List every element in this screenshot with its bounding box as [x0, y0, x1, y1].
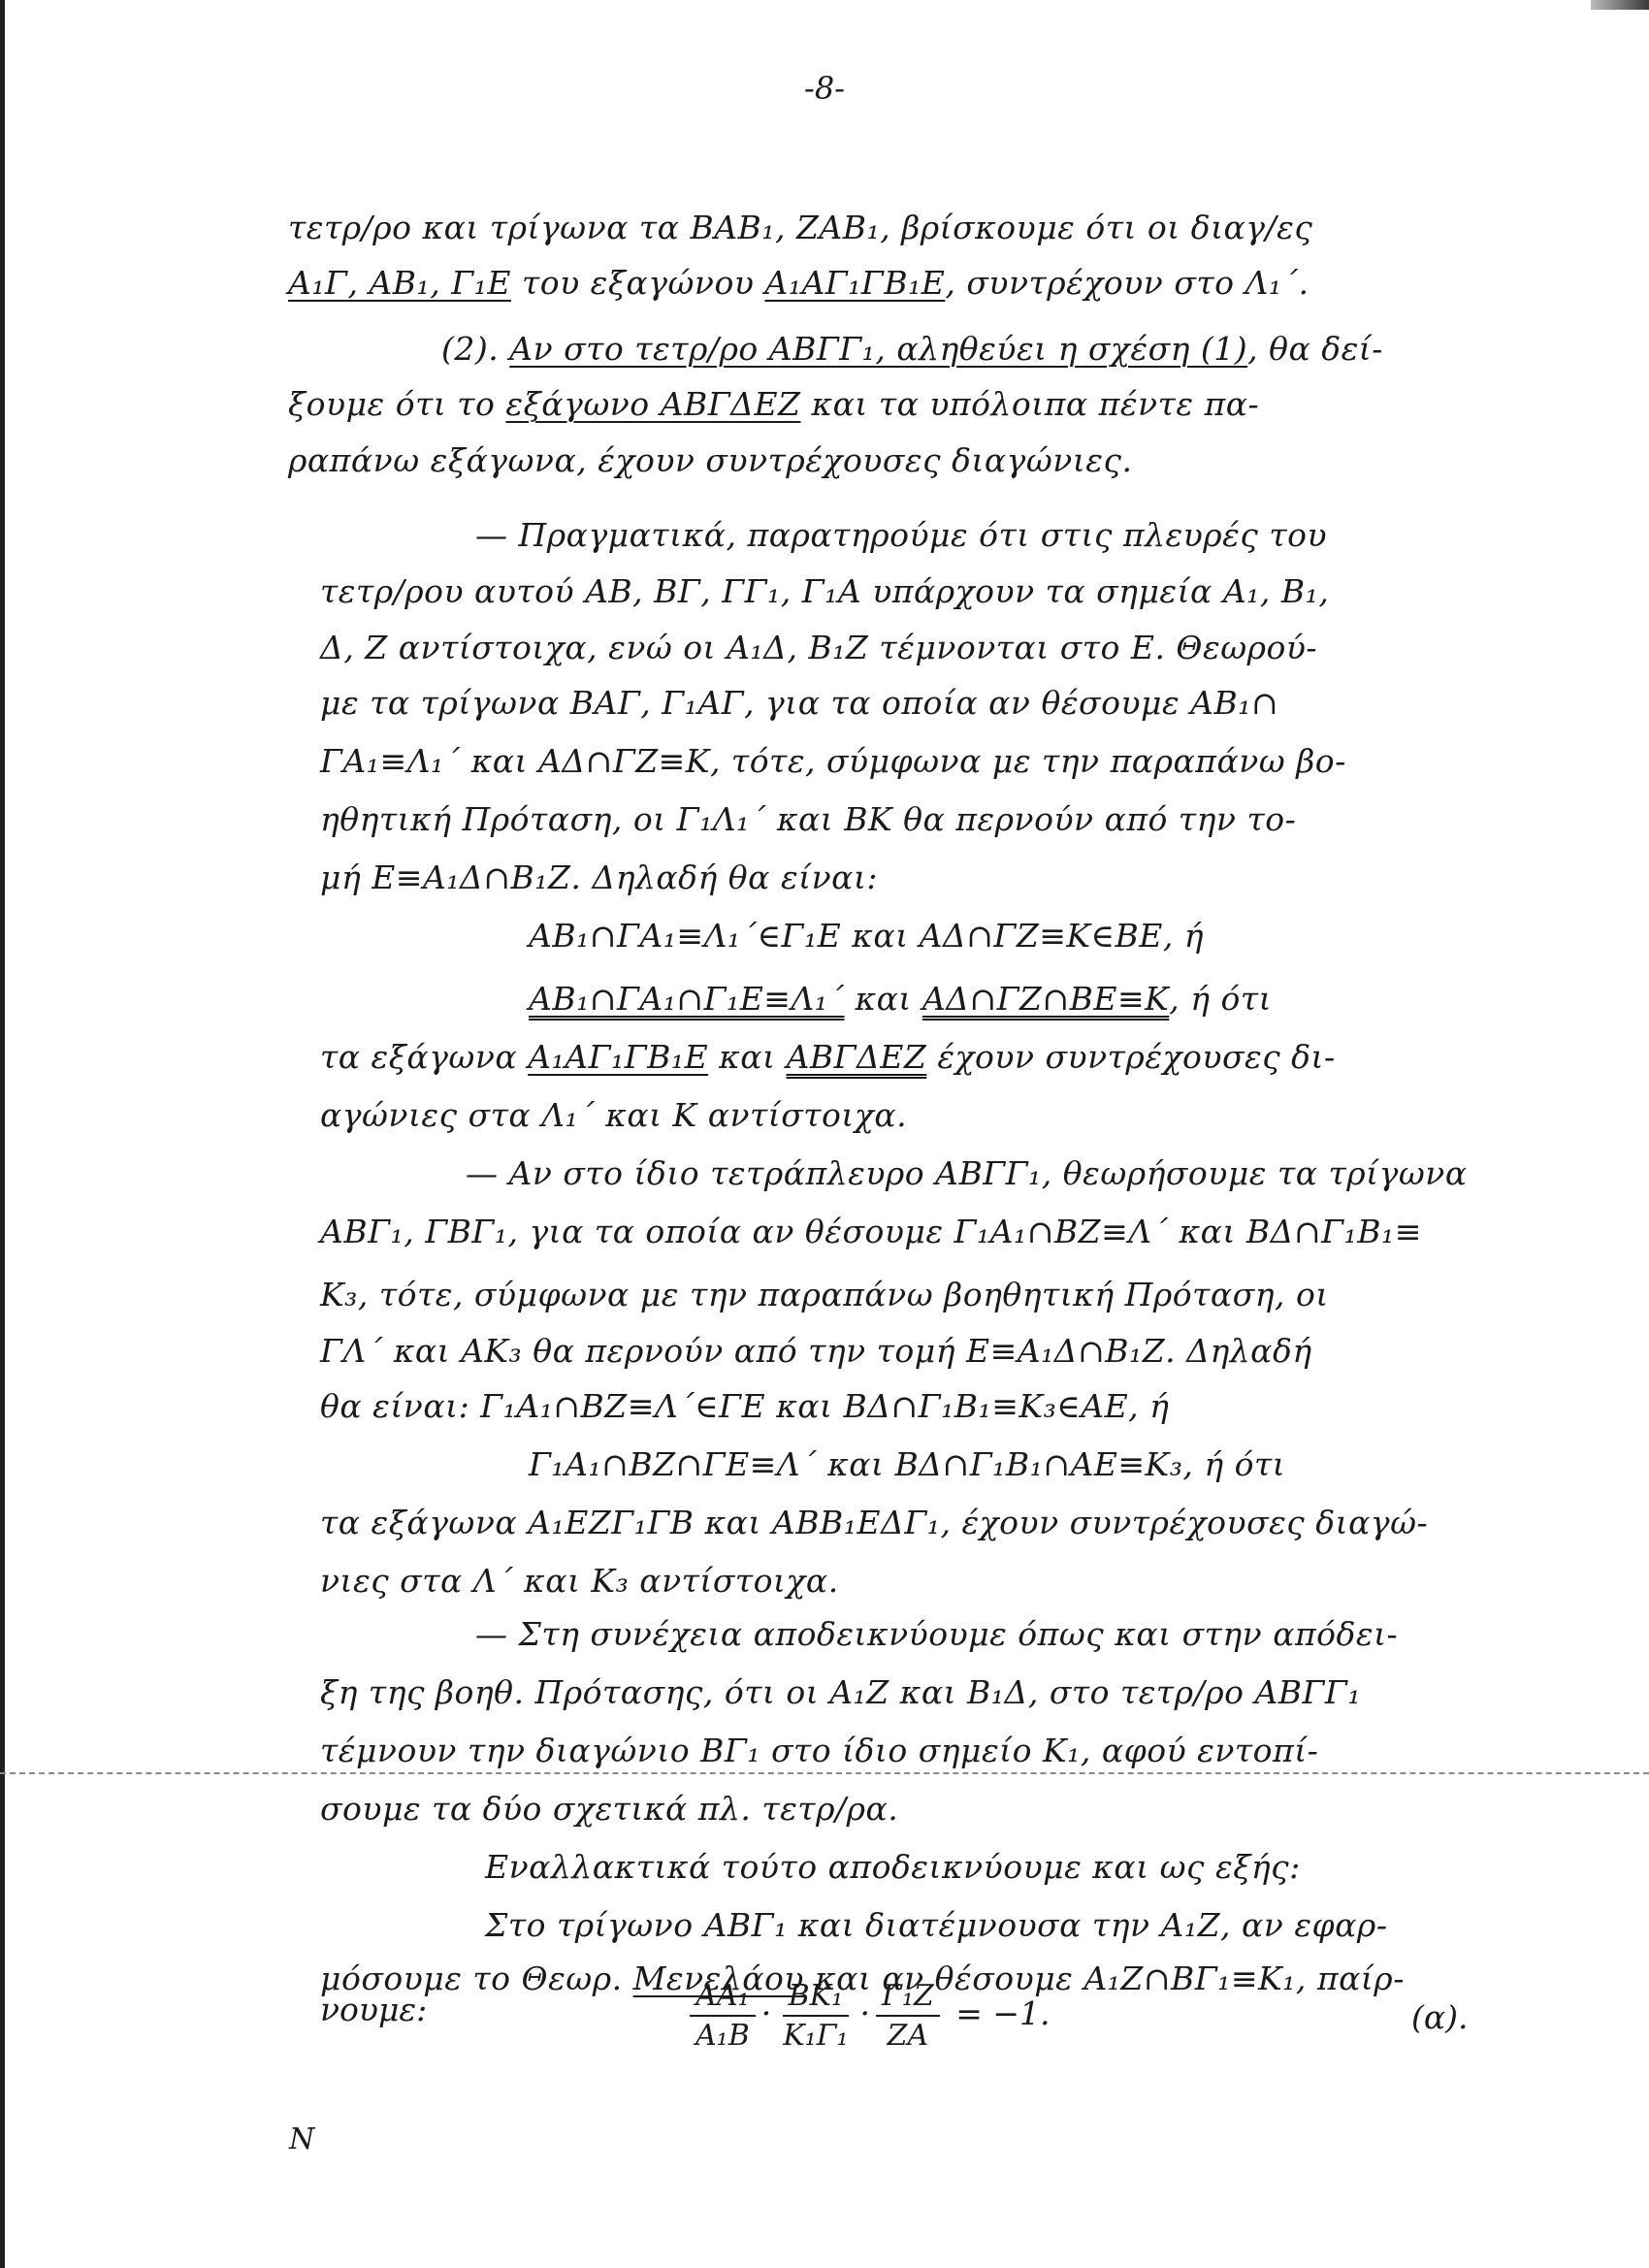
text-segment: — Πραγματικά, παρατηρούμε ότι στις πλευρ… — [475, 516, 1327, 554]
text-line: Δ, Ζ αντίστοιχα, ενώ οι Α₁Δ, Β₁Ζ τέμνοντ… — [320, 629, 1317, 666]
fraction-numerator: ΑΑ₁ — [690, 1979, 755, 2017]
scan-fold-line — [0, 1772, 1649, 1774]
menelaus-equation: ΑΑ₁ Α₁Β · ΒΚ₁ Κ₁Γ₁ · Γ₁Ζ ΖΑ = −1. — [684, 1979, 1051, 2053]
text-segment: τα εξάγωνα — [320, 1038, 528, 1076]
scan-top-smudge — [1591, 0, 1649, 10]
underlined-text: ΑΒ₁∩ΓΑ₁∩Γ₁Ε≡Λ₁΄ — [529, 980, 845, 1018]
text-segment: τα εξάγωνα Α₁ΕΖΓ₁ΓΒ και ΑΒΒ₁ΕΔΓ₁, έχουν … — [320, 1504, 1428, 1541]
text-line: τετρ/ρο και τρίγωνα τα ΒΑΒ₁, ΖΑΒ₁, βρίσκ… — [288, 209, 1312, 246]
text-line: ξη της βοηθ. Πρότασης, ότι οι Α₁Ζ και Β₁… — [320, 1673, 1361, 1711]
text-segment: θα είναι: Γ₁Α₁∩ΒΖ≡Λ΄∈ΓΕ και ΒΔ∩Γ₁Β₁≡Κ₃∈Α… — [320, 1387, 1169, 1425]
text-line: με τα τρίγωνα ΒΑΓ, Γ₁ΑΓ, για τα οποία αν… — [320, 684, 1278, 722]
text-line: σουμε τα δύο σχετικά πλ. τετρ/ρα. — [320, 1790, 898, 1828]
text-line: τετρ/ρου αυτού ΑΒ, ΒΓ, ΓΓ₁, Γ₁Α υπάρχουν… — [320, 572, 1329, 610]
equation-label: (α). — [1411, 1998, 1469, 2036]
text-line: ξουμε ότι το εξάγωνο ΑΒΓΔΕΖ και τα υπόλο… — [288, 385, 1259, 423]
underlined-text: Α₁Γ, ΑΒ₁, Γ₁Ε — [288, 264, 511, 302]
text-line: ΑΒ₁∩ΓΑ₁≡Λ₁΄∈Γ₁Ε και ΑΔ∩ΓΖ≡Κ∈ΒΕ, ή — [529, 917, 1204, 955]
text-segment: ΓΑ₁≡Λ₁΄ και ΑΔ∩ΓΖ≡Κ, τότε, σύμφωνα με τη… — [320, 742, 1346, 780]
underlined-text: Αν στο τετρ/ρο ΑΒΓΓ₁, αληθεύει η σχέση (… — [509, 330, 1247, 368]
text-segment: , συντρέχουν στο Λ₁΄. — [945, 264, 1309, 302]
text-segment: του εξαγώνου — [511, 264, 764, 302]
text-line: τα εξάγωνα Α₁ΑΓ₁ΓΒ₁Ε και ΑΒΓΔΕΖ έχουν συ… — [320, 1038, 1336, 1076]
text-line: αγώνιες στα Λ₁΄ και Κ αντίστοιχα. — [320, 1096, 907, 1134]
text-line: — Στη συνέχεια αποδεικνύουμε όπως και στ… — [475, 1615, 1398, 1653]
underlined-text: ΑΒΓΔΕΖ — [787, 1038, 927, 1076]
text-segment: έχουν συντρέχουσες δι- — [926, 1038, 1335, 1076]
text-segment: τέμνουν την διαγώνιο ΒΓ₁ στο ίδιο σημείο… — [320, 1732, 1318, 1769]
multiply-dot: · — [761, 1994, 772, 2032]
text-line: ΑΒ₁∩ΓΑ₁∩Γ₁Ε≡Λ₁΄ και ΑΔ∩ΓΖ∩ΒΕ≡Κ, ή ότι — [529, 980, 1272, 1018]
text-segment: ραπάνω εξάγωνα, έχουν συντρέχουσες διαγώ… — [288, 441, 1132, 479]
text-line: — Αν στο ίδιο τετράπλευρο ΑΒΓΓ₁, θεωρήσο… — [466, 1154, 1468, 1192]
text-line: ραπάνω εξάγωνα, έχουν συντρέχουσες διαγώ… — [288, 441, 1132, 479]
text-segment: Γ₁Α₁∩ΒΖ∩ΓΕ≡Λ΄ και ΒΔ∩Γ₁Β₁∩ΑΕ≡Κ₃, ή ότι — [529, 1445, 1285, 1483]
text-line: τα εξάγωνα Α₁ΕΖΓ₁ΓΒ και ΑΒΒ₁ΕΔΓ₁, έχουν … — [320, 1504, 1428, 1541]
text-segment: ηθητική Πρόταση, οι Γ₁Λ₁΄ και ΒΚ θα περν… — [320, 800, 1296, 838]
text-segment: Κ₃, τότε, σύμφωνα με την παραπάνω βοηθητ… — [320, 1276, 1329, 1313]
text-segment: — Στη συνέχεια αποδεικνύουμε όπως και στ… — [475, 1615, 1398, 1653]
text-segment: — Αν στο ίδιο τετράπλευρο ΑΒΓΓ₁, θεωρήσο… — [466, 1154, 1468, 1192]
text-line: θα είναι: Γ₁Α₁∩ΒΖ≡Λ΄∈ΓΕ και ΒΔ∩Γ₁Β₁≡Κ₃∈Α… — [320, 1387, 1169, 1425]
text-line: τέμνουν την διαγώνιο ΒΓ₁ στο ίδιο σημείο… — [320, 1732, 1318, 1769]
fraction-denominator: ΖΑ — [882, 2017, 935, 2053]
text-line: νιες στα Λ΄ και Κ₃ αντίστοιχα. — [320, 1562, 839, 1600]
fraction-denominator: Α₁Β — [690, 2017, 756, 2053]
underlined-text: ΑΔ∩ΓΖ∩ΒΕ≡Κ — [922, 980, 1169, 1018]
text-segment: , θα δεί- — [1247, 330, 1383, 368]
text-segment: ΑΒ₁∩ΓΑ₁≡Λ₁΄∈Γ₁Ε και ΑΔ∩ΓΖ≡Κ∈ΒΕ, ή — [529, 917, 1204, 955]
text-segment: νιες στα Λ΄ και Κ₃ αντίστοιχα. — [320, 1562, 839, 1600]
text-line: ΑΒΓ₁, ΓΒΓ₁, για τα οποία αν θέσουμε Γ₁Α₁… — [320, 1213, 1422, 1250]
text-segment: και τα υπόλοιπα πέντε πα- — [800, 385, 1259, 423]
text-segment: μή Ε≡Α₁Δ∩Β₁Ζ. Δηλαδή θα είναι: — [320, 859, 878, 896]
text-line: ΓΛ΄ και ΑΚ₃ θα περνούν από την τομή Ε≡Α₁… — [320, 1332, 1312, 1370]
fraction-2: ΒΚ₁ Κ₁Γ₁ — [777, 1979, 854, 2053]
multiply-dot: · — [860, 1994, 871, 2032]
text-line: Εναλλακτικά τούτο αποδεικνύουμε και ως ε… — [485, 1848, 1301, 1886]
text-line: μή Ε≡Α₁Δ∩Β₁Ζ. Δηλαδή θα είναι: — [320, 859, 878, 896]
text-segment: τετρ/ρο και τρίγωνα τα ΒΑΒ₁, ΖΑΒ₁, βρίσκ… — [288, 209, 1312, 246]
text-segment: σουμε τα δύο σχετικά πλ. τετρ/ρα. — [320, 1790, 898, 1828]
text-line: (2). Αν στο τετρ/ρο ΑΒΓΓ₁, αληθεύει η σχ… — [441, 330, 1383, 368]
scan-left-edge — [0, 0, 5, 2268]
text-segment: τετρ/ρου αυτού ΑΒ, ΒΓ, ΓΓ₁, Γ₁Α υπάρχουν… — [320, 572, 1329, 610]
equation-lead: νουμε: — [320, 1991, 427, 2028]
text-line: ΓΑ₁≡Λ₁΄ και ΑΔ∩ΓΖ≡Κ, τότε, σύμφωνα με τη… — [320, 742, 1346, 780]
equation-result: = −1. — [955, 1994, 1050, 2032]
text-segment: Εναλλακτικά τούτο αποδεικνύουμε και ως ε… — [485, 1848, 1301, 1886]
text-line: Στο τρίγωνο ΑΒΓ₁ και διατέμνουσα την Α₁Ζ… — [485, 1906, 1387, 1944]
text-segment: (2). — [441, 330, 509, 368]
text-segment: και — [845, 980, 922, 1018]
margin-mark: Ν — [289, 2122, 314, 2156]
text-segment: ξουμε ότι το — [288, 385, 505, 423]
text-segment: με τα τρίγωνα ΒΑΓ, Γ₁ΑΓ, για τα οποία αν… — [320, 684, 1278, 722]
underlined-text: Α₁ΑΓ₁ΓΒ₁Ε — [764, 264, 945, 302]
text-segment: Δ, Ζ αντίστοιχα, ενώ οι Α₁Δ, Β₁Ζ τέμνοντ… — [320, 629, 1317, 666]
fraction-3: Γ₁Ζ ΖΑ — [876, 1979, 940, 2053]
text-segment: ΑΒΓ₁, ΓΒΓ₁, για τα οποία αν θέσουμε Γ₁Α₁… — [320, 1213, 1422, 1250]
text-segment: αγώνιες στα Λ₁΄ και Κ αντίστοιχα. — [320, 1096, 907, 1134]
text-line: Κ₃, τότε, σύμφωνα με την παραπάνω βοηθητ… — [320, 1276, 1329, 1313]
page-number: -8- — [0, 70, 1649, 107]
fraction-1: ΑΑ₁ Α₁Β — [690, 1979, 756, 2053]
fraction-denominator: Κ₁Γ₁ — [777, 2017, 854, 2053]
text-segment: , ή ότι — [1169, 980, 1272, 1018]
text-line: — Πραγματικά, παρατηρούμε ότι στις πλευρ… — [475, 516, 1327, 554]
text-segment: ΓΛ΄ και ΑΚ₃ θα περνούν από την τομή Ε≡Α₁… — [320, 1332, 1312, 1370]
text-line: Γ₁Α₁∩ΒΖ∩ΓΕ≡Λ΄ και ΒΔ∩Γ₁Β₁∩ΑΕ≡Κ₃, ή ότι — [529, 1445, 1285, 1483]
fraction-numerator: ΒΚ₁ — [783, 1979, 849, 2017]
text-line: ηθητική Πρόταση, οι Γ₁Λ₁΄ και ΒΚ θα περν… — [320, 800, 1296, 838]
fraction-numerator: Γ₁Ζ — [876, 1979, 940, 2017]
text-segment: ξη της βοηθ. Πρότασης, ότι οι Α₁Ζ και Β₁… — [320, 1673, 1361, 1711]
text-segment: Στο τρίγωνο ΑΒΓ₁ και διατέμνουσα την Α₁Ζ… — [485, 1906, 1387, 1944]
text-line: Α₁Γ, ΑΒ₁, Γ₁Ε του εξαγώνου Α₁ΑΓ₁ΓΒ₁Ε, συ… — [288, 264, 1309, 302]
underlined-text: Α₁ΑΓ₁ΓΒ₁Ε — [528, 1038, 708, 1076]
underlined-text: εξάγωνο ΑΒΓΔΕΖ — [505, 385, 800, 423]
text-segment: και — [708, 1038, 786, 1076]
